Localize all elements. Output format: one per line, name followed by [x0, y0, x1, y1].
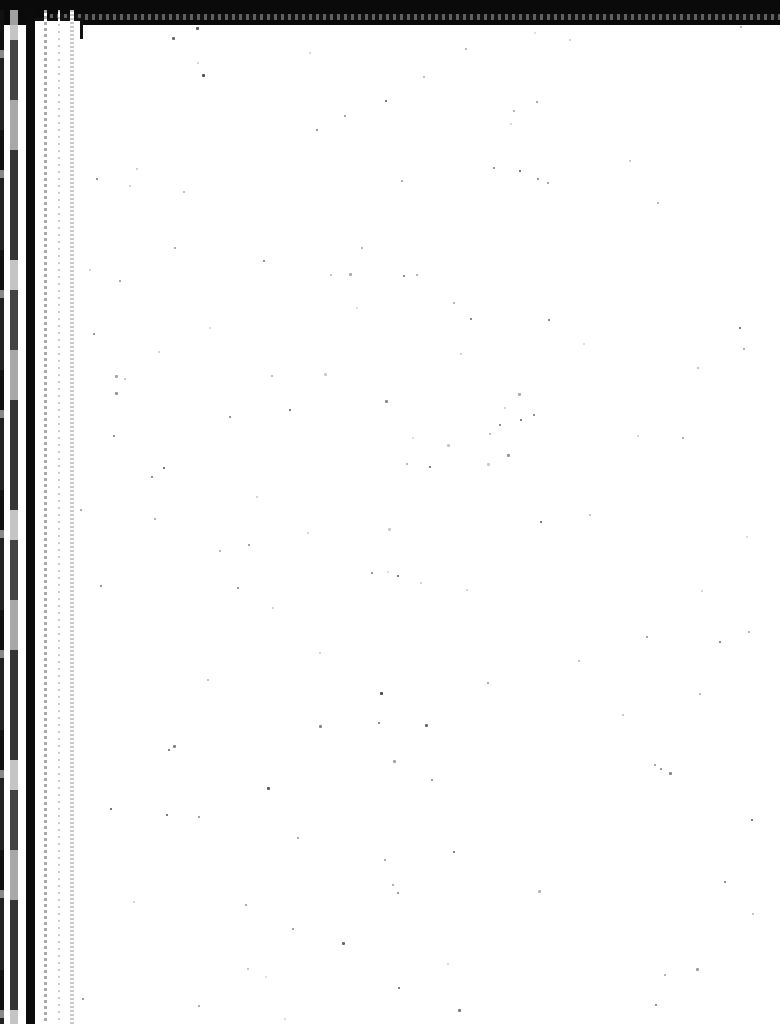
- scan-speck: [319, 652, 321, 654]
- scan-speck: [110, 808, 112, 810]
- scan-speck: [519, 170, 521, 172]
- scan-speck: [724, 881, 726, 883]
- scan-speck: [136, 168, 138, 170]
- scan-speck: [536, 101, 538, 103]
- scan-speck: [174, 247, 176, 249]
- scanned-page: [0, 0, 780, 1024]
- scan-speck: [197, 62, 199, 64]
- scan-speck: [292, 928, 294, 930]
- top-binding-shadow: [0, 0, 780, 25]
- scan-speck: [196, 27, 199, 30]
- scan-speck: [198, 1005, 200, 1007]
- scan-speck: [245, 904, 247, 906]
- scan-speck: [513, 110, 515, 112]
- scan-speck: [583, 343, 585, 345]
- scan-speck: [263, 260, 265, 262]
- scan-speck: [589, 514, 591, 516]
- scan-speck: [237, 587, 239, 589]
- scan-speck: [507, 454, 510, 457]
- scan-speck: [349, 273, 352, 276]
- binding-stripe: [44, 10, 47, 1024]
- scan-speck: [248, 544, 250, 546]
- scan-speck: [154, 518, 156, 520]
- scan-speck: [229, 416, 231, 418]
- binding-stripe: [10, 10, 18, 1024]
- scan-speck: [499, 424, 501, 426]
- scan-speck: [356, 307, 358, 309]
- blank-page-body: [80, 25, 780, 1024]
- scan-speck: [520, 419, 522, 421]
- scan-speck: [297, 837, 299, 839]
- scan-speck: [385, 400, 388, 403]
- scan-speck: [654, 764, 656, 766]
- scan-speck: [746, 536, 748, 538]
- scan-speck: [96, 178, 98, 180]
- scan-speck: [751, 819, 753, 821]
- scan-speck: [664, 974, 666, 976]
- scan-speck: [330, 274, 332, 276]
- scan-speck: [646, 636, 648, 638]
- scan-speck: [447, 444, 450, 447]
- scan-speck: [719, 641, 721, 643]
- scan-speck: [309, 52, 311, 54]
- scan-speck: [397, 575, 399, 577]
- scan-speck: [115, 392, 118, 395]
- scan-speck: [387, 571, 389, 573]
- scan-speck: [425, 724, 428, 727]
- scan-speck: [538, 890, 541, 893]
- scan-speck: [319, 725, 322, 728]
- scan-speck: [202, 74, 205, 77]
- scan-speck: [100, 585, 102, 587]
- scan-speck: [124, 378, 126, 380]
- scan-speck: [89, 269, 91, 271]
- scan-speck: [168, 749, 170, 751]
- scan-speck: [453, 302, 455, 304]
- scan-speck: [423, 76, 425, 78]
- scan-speck: [655, 1004, 657, 1006]
- left-binding-edge: [0, 0, 80, 1024]
- scan-speck: [289, 409, 291, 411]
- scan-speck: [385, 100, 387, 102]
- scan-speck: [740, 26, 742, 28]
- scan-speck: [487, 682, 489, 684]
- scan-speck: [401, 180, 403, 182]
- scan-speck: [743, 348, 745, 350]
- scan-speck: [129, 185, 131, 187]
- scan-speck: [540, 521, 542, 523]
- scan-speck: [629, 160, 631, 162]
- scan-speck: [119, 280, 121, 282]
- scan-speck: [209, 327, 211, 329]
- scan-speck: [284, 1018, 286, 1020]
- scan-speck: [416, 274, 418, 276]
- scan-speck: [271, 375, 273, 377]
- scan-speck: [316, 129, 318, 131]
- scan-speck: [183, 191, 185, 193]
- binding-stripe: [58, 10, 60, 1024]
- scan-speck: [267, 787, 270, 790]
- scan-speck: [265, 976, 267, 978]
- binding-stripe: [70, 10, 74, 1024]
- scan-speck: [388, 528, 391, 531]
- scan-speck: [113, 435, 115, 437]
- scan-speck: [247, 968, 249, 970]
- scan-speck: [406, 463, 408, 465]
- scan-speck: [682, 437, 684, 439]
- scan-speck: [569, 39, 571, 41]
- scan-speck: [465, 48, 467, 50]
- scan-speck: [166, 814, 168, 816]
- scan-speck: [453, 851, 455, 853]
- scan-speck: [344, 115, 346, 117]
- scan-speck: [80, 509, 82, 511]
- scan-speck: [518, 393, 521, 396]
- scan-speck: [470, 318, 472, 320]
- scan-speck: [398, 987, 400, 989]
- scan-speck: [420, 582, 422, 584]
- scan-speck: [660, 768, 662, 770]
- scan-speck: [172, 37, 175, 40]
- scan-speck: [378, 722, 380, 724]
- scan-speck: [272, 607, 274, 609]
- scan-speck: [82, 998, 84, 1000]
- scan-speck: [696, 968, 699, 971]
- scan-speck: [115, 375, 118, 378]
- scan-speck: [361, 247, 363, 249]
- scan-speck: [384, 859, 386, 861]
- scan-speck: [460, 353, 462, 355]
- scan-speck: [151, 476, 153, 478]
- scan-speck: [748, 631, 750, 633]
- scan-speck: [219, 550, 221, 552]
- scan-speck: [637, 435, 639, 437]
- scan-speck: [403, 275, 405, 277]
- scan-speck: [534, 32, 536, 34]
- scan-speck: [429, 466, 431, 468]
- scan-speck: [431, 779, 433, 781]
- scan-speck: [393, 760, 396, 763]
- scan-speck: [548, 319, 550, 321]
- scan-speck: [324, 373, 327, 376]
- scan-speck: [342, 942, 345, 945]
- scan-speck: [669, 772, 672, 775]
- scan-speck: [412, 437, 414, 439]
- scan-speck: [256, 496, 258, 498]
- scan-speck: [701, 590, 703, 592]
- top-edge-texture: [50, 14, 780, 20]
- scan-speck: [207, 679, 209, 681]
- scan-speck: [133, 901, 135, 903]
- scan-speck: [547, 182, 549, 184]
- scan-speck: [752, 913, 754, 915]
- scan-speck: [578, 660, 580, 662]
- scan-speck: [93, 333, 95, 335]
- scan-speck: [739, 327, 741, 329]
- scan-speck: [697, 367, 699, 369]
- scan-speck: [466, 589, 468, 591]
- scan-speck: [699, 693, 701, 695]
- scan-speck: [380, 692, 383, 695]
- binding-stripe: [0, 10, 4, 1024]
- scan-speck: [447, 963, 449, 965]
- scan-speck: [392, 884, 394, 886]
- scan-speck: [489, 433, 491, 435]
- binding-stripe: [26, 10, 35, 1024]
- scan-speck: [493, 167, 495, 169]
- scan-speck: [537, 178, 539, 180]
- scan-speck: [198, 816, 200, 818]
- scan-speck: [163, 467, 165, 469]
- scan-speck: [458, 1009, 461, 1012]
- scan-speck: [397, 892, 399, 894]
- scan-speck: [158, 351, 160, 353]
- scan-speck: [487, 463, 490, 466]
- scan-speck: [307, 532, 309, 534]
- scan-speck: [510, 123, 512, 125]
- scan-speck: [371, 572, 373, 574]
- scan-speck: [622, 714, 624, 716]
- scan-speck: [533, 414, 535, 416]
- scan-speck: [173, 745, 176, 748]
- scan-speck: [504, 407, 506, 409]
- scan-speck: [657, 202, 659, 204]
